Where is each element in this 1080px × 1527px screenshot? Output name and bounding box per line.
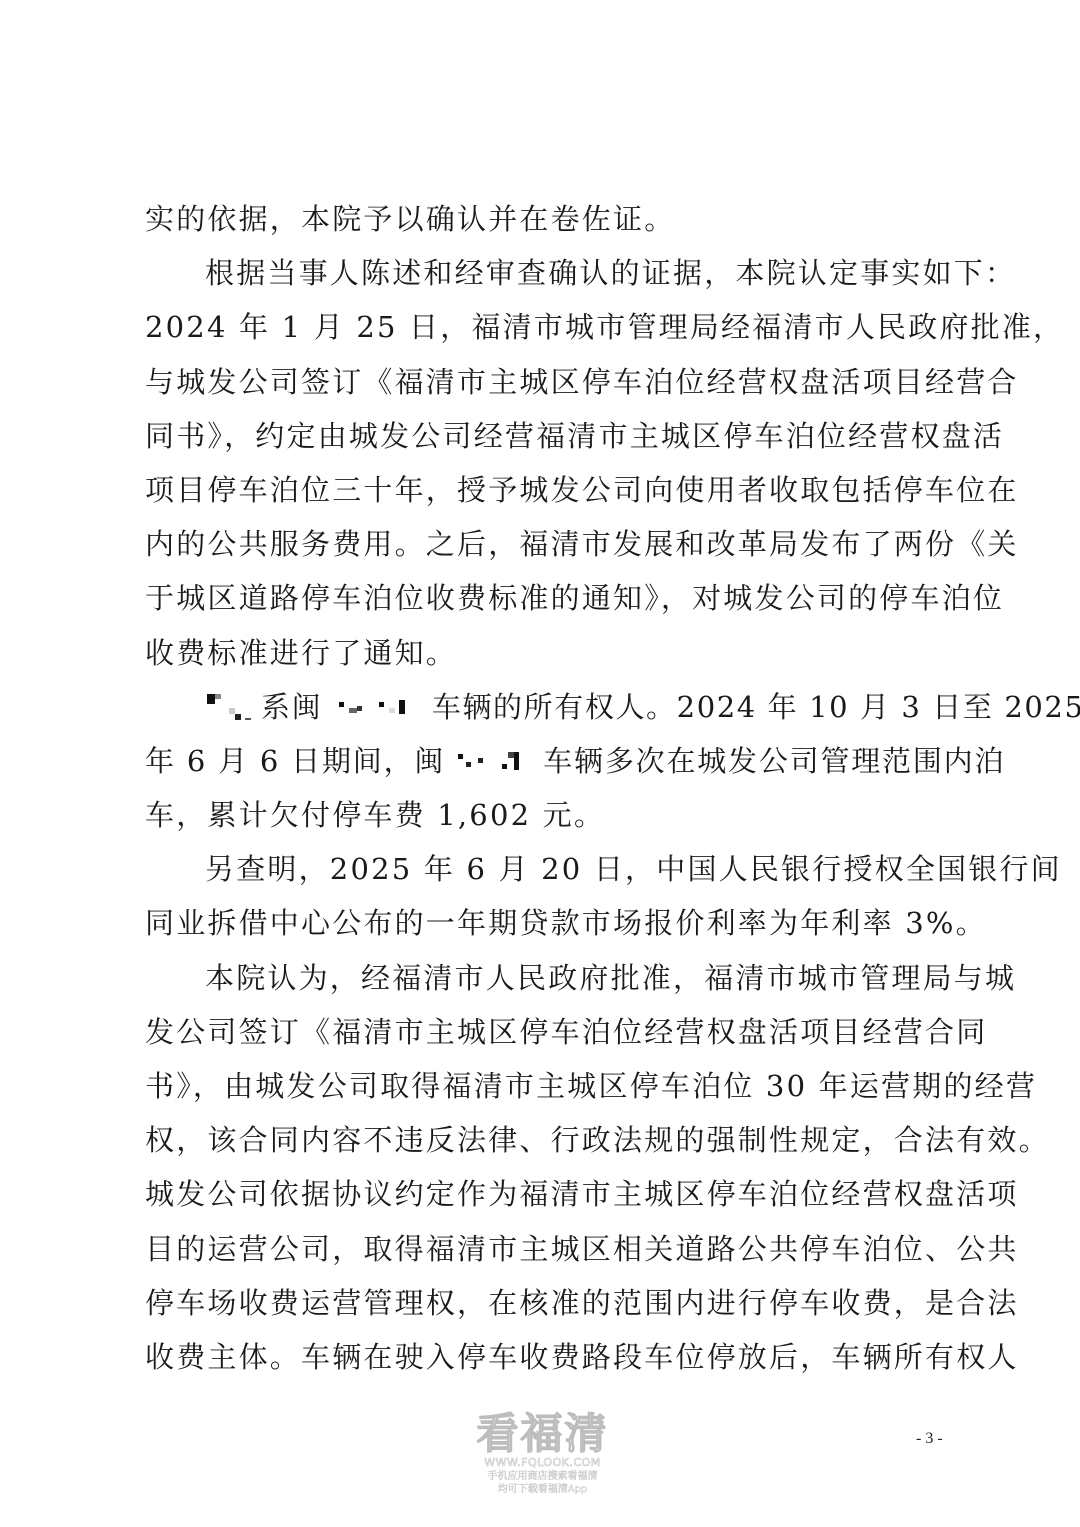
text-line: 与城发公司签订《福清市主城区停车泊位经营权盘活项目经营合 [145,355,947,409]
text-line: 收费标准进行了通知。 [145,626,947,680]
redacted-name [205,694,261,724]
text-segment: 系闽 [261,690,322,724]
text-line: 目的运营公司，取得福清市主城区相关道路公共停车泊位、公共 [145,1222,947,1276]
document-body: 实的依据，本院予以确认并在卷佐证。 根据当事人陈述和经审查确认的证据，本院认定事… [145,192,947,1384]
text-line: 项目停车泊位三十年，授予城发公司向使用者收取包括停车位在 [145,463,947,517]
text-line: 2024 年 1 月 25 日，福清市城市管理局经福清市人民政府批准， [145,300,947,354]
watermark-line2: 均可下载看福清App [470,1483,615,1496]
watermark-url: WWW.FQLOOK.COM [470,1456,615,1470]
text-line: 发公司签订《福清市主城区停车泊位经营权盘活项目经营合同 [145,1005,947,1059]
redacted-plate [456,748,532,778]
text-line: 内的公共服务费用。之后，福清市发展和改革局发布了两份《关 [145,517,947,571]
text-line: 停车场收费运营管理权，在核准的范围内进行停车收费，是合法 [145,1276,947,1330]
watermark-line1: 手机应用商店搜索看福清 [470,1470,615,1483]
watermark: 看福清 WWW.FQLOOK.COM 手机应用商店搜索看福清 均可下载看福清Ap… [470,1412,615,1496]
text-segment: 车辆多次在城发公司管理范围内泊 [543,744,1005,778]
page-number: - 3 - [916,1430,943,1448]
text-line: 实的依据，本院予以确认并在卷佐证。 [145,192,947,246]
text-line: 年 6 月 6 日期间，闽 车辆多次在城发公司管理范围内泊 [145,734,947,788]
redacted-plate [333,694,421,724]
text-line: 车，累计欠付停车费 1,602 元。 [145,788,947,842]
text-line: 同业拆借中心公布的一年期贷款市场报价利率为年利率 3%。 [145,896,947,950]
text-line: 同书》，约定由城发公司经营福清市主城区停车泊位经营权盘活 [145,409,947,463]
text-line: 系闽 车辆的所有权人。2024 年 10 月 3 日至 2025 [145,680,947,734]
text-line: 于城区道路停车泊位收费标准的通知》，对城发公司的停车泊位 [145,571,947,625]
watermark-title: 看福清 [470,1412,615,1456]
text-segment: 车辆的所有权人。2024 年 10 月 3 日至 2025 [432,690,1080,724]
text-line: 城发公司依据协议约定作为福清市主城区停车泊位经营权盘活项 [145,1167,947,1221]
text-segment: 年 6 月 6 日期间，闽 [145,744,445,778]
text-line: 书》，由城发公司取得福清市主城区停车泊位 30 年运营期的经营 [145,1059,947,1113]
text-line: 权，该合同内容不违反法律、行政法规的强制性规定，合法有效。 [145,1113,947,1167]
text-line: 另查明，2025 年 6 月 20 日，中国人民银行授权全国银行间 [145,842,947,896]
text-line: 本院认为，经福清市人民政府批准，福清市城市管理局与城 [145,951,947,1005]
text-line: 根据当事人陈述和经审查确认的证据，本院认定事实如下： [145,246,947,300]
text-line: 收费主体。车辆在驶入停车收费路段车位停放后，车辆所有权人 [145,1330,947,1384]
